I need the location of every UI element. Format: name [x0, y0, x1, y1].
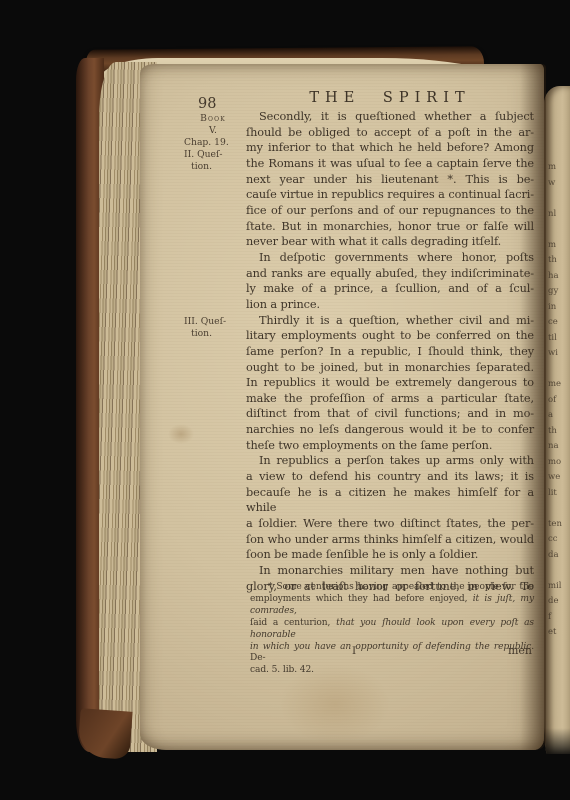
body-line: a view to defend his country and its law…: [246, 469, 534, 485]
margin-note-third-question: III. Queſ-tion.: [184, 316, 242, 340]
footnote: * Some centurions having appealed to the…: [250, 582, 534, 677]
body-line: ſoon be made ſenſible he is only a ſoldi…: [246, 547, 534, 563]
facing-page-fragment: in: [548, 300, 570, 316]
body-line: Thirdly it is a queſtion, whether civil …: [246, 313, 534, 329]
facing-page-fragment: da: [548, 548, 570, 564]
facing-page-fragment: a: [548, 408, 570, 424]
book-page: 98 THE SPIRIT BookV.Chap. 19.II. Queſ-ti…: [140, 64, 544, 750]
facing-page-fragment: w: [548, 176, 570, 192]
facing-page-fragment: f: [548, 610, 570, 626]
body-line: the Romans it was uſual to ſee a captain…: [246, 156, 534, 172]
body-line: cauſe virtue in republics requires a con…: [246, 187, 534, 203]
facing-page-fragment: de: [548, 594, 570, 610]
facing-page-fragment: cc: [548, 532, 570, 548]
margin-note-line: tion.: [184, 328, 242, 340]
facing-page-fragment: wi: [548, 346, 570, 362]
margin-note-line: Chap. 19.: [184, 137, 242, 149]
facing-page-fragment: ce: [548, 315, 570, 331]
body-text: Secondly, it is queſtioned whether a ſub…: [246, 109, 534, 594]
footnote-segment: employments which they had before enjoye…: [250, 594, 473, 604]
body-line: becauſe he is a citizen he makes himſelf…: [246, 485, 534, 516]
facing-page-fragment: we: [548, 470, 570, 486]
paper-stain: [168, 424, 194, 444]
facing-page-fragment: [548, 191, 570, 207]
book-photo: mw nl mthhagyincetilwi meofathnamowelit …: [0, 0, 570, 800]
body-line: narchies no leſs dangerous would it be t…: [246, 422, 534, 438]
margin-note-line: III. Queſ-: [184, 316, 242, 328]
body-line: In republics it would be extremely dange…: [246, 375, 534, 391]
margin-note-line: II. Queſ-: [184, 149, 242, 161]
facing-page-fragment: til: [548, 331, 570, 347]
body-line: a ſoldier. Were there two diſtinct ſtate…: [246, 516, 534, 532]
body-line: fice of our perſons and of our repugnanc…: [246, 203, 534, 219]
facing-page-fragment: lit: [548, 486, 570, 502]
body-line: my inferior to that which he held before…: [246, 140, 534, 156]
facing-page-fragment: ten: [548, 517, 570, 533]
footnote-segment: * Some centurions having appealed to the…: [268, 582, 534, 592]
margin-note-line: V.: [184, 125, 242, 137]
facing-page-fragment: [548, 501, 570, 517]
facing-page-fragment: nl: [548, 207, 570, 223]
facing-page-fragment: m: [548, 238, 570, 254]
footnote-segment: ſaid a centurion,: [250, 618, 336, 628]
body-line: In deſpotic governments where honor, poſ…: [246, 250, 534, 266]
body-line: In monarchies military men have nothing …: [246, 563, 534, 579]
facing-page-fragment: ha: [548, 269, 570, 285]
facing-page-fragment: m: [548, 160, 570, 176]
footnote-line: in which you have an opportunity of defe…: [250, 642, 534, 666]
running-header: THE SPIRIT: [258, 90, 522, 106]
body-line: make the profeſſion of arms a particular…: [246, 391, 534, 407]
footnote-italic-segment: in which you have an opportunity of defe…: [250, 642, 534, 652]
body-line: ſhould be obliged to accept of a poſt in…: [246, 125, 534, 141]
body-line: litary employments ought to be conferred…: [246, 328, 534, 344]
facing-page-text-fragments: mw nl mthhagyincetilwi meofathnamowelit …: [548, 160, 570, 726]
photo-background: { "colors":{ "background":"#0a0a0a", "pa…: [0, 0, 570, 800]
gutter-shadow: [520, 64, 546, 750]
footnote-line: * Some centurions having appealed to the…: [250, 582, 534, 594]
footnote-line: employments which they had before enjoye…: [250, 594, 534, 618]
margin-note-book-chapter: BookV.Chap. 19.II. Queſ-tion.: [184, 113, 242, 173]
facing-page-fragment: th: [548, 424, 570, 440]
body-line: ſame perſon? In a republic, I ſhould thi…: [246, 344, 534, 360]
footnote-line: cad. 5. lib. 42.: [250, 665, 534, 677]
facing-page-fragment: gy: [548, 284, 570, 300]
footnote-line: ſaid a centurion, that you ſhould look u…: [250, 618, 534, 642]
body-line: ought to be joined, but in monarchies ſe…: [246, 360, 534, 376]
facing-page-fragment: mil: [548, 579, 570, 595]
facing-page-fragment: [548, 641, 570, 657]
signature-mark: I: [352, 645, 356, 657]
body-line: theſe two employments on the ſame perſon…: [246, 438, 534, 454]
facing-page-fragment: [548, 222, 570, 238]
facing-page-fragment: et: [548, 625, 570, 641]
body-line: and ranks are equally abuſed, they indiſ…: [246, 266, 534, 282]
book-cover-bottom-corner: [77, 708, 132, 760]
facing-page-sliver: mw nl mthhagyincetilwi meofathnamowelit …: [544, 86, 570, 754]
body-line: Secondly, it is queſtioned whether a ſub…: [246, 109, 534, 125]
facing-page-fragment: na: [548, 439, 570, 455]
facing-page-fragment: [548, 362, 570, 378]
body-line: diſtinct from that of civil functions; a…: [246, 406, 534, 422]
facing-page-fragment: th: [548, 253, 570, 269]
body-line: lion a prince.: [246, 297, 534, 313]
body-line: next year under his lieutenant *. This i…: [246, 172, 534, 188]
margin-note-line: Book: [184, 113, 242, 125]
facing-page-fragment: [548, 563, 570, 579]
body-line: ly make of a prince, a ſcullion, and of …: [246, 281, 534, 297]
facing-page-fragment: of: [548, 393, 570, 409]
footnote-segment: De-: [250, 653, 265, 663]
facing-page-fragment: mo: [548, 455, 570, 471]
page-number: 98: [198, 96, 216, 112]
body-line: In republics a perſon takes up arms only…: [246, 453, 534, 469]
body-line: ſtate. But in monarchies, honor true or …: [246, 219, 534, 235]
facing-page-fragment: me: [548, 377, 570, 393]
body-line: ſon who under arms thinks himſelf a citi…: [246, 532, 534, 548]
body-line: never bear with what it calls degrading …: [246, 234, 534, 250]
footnote-segment: cad. 5. lib. 42.: [250, 665, 314, 675]
margin-note-line: tion.: [184, 161, 242, 173]
